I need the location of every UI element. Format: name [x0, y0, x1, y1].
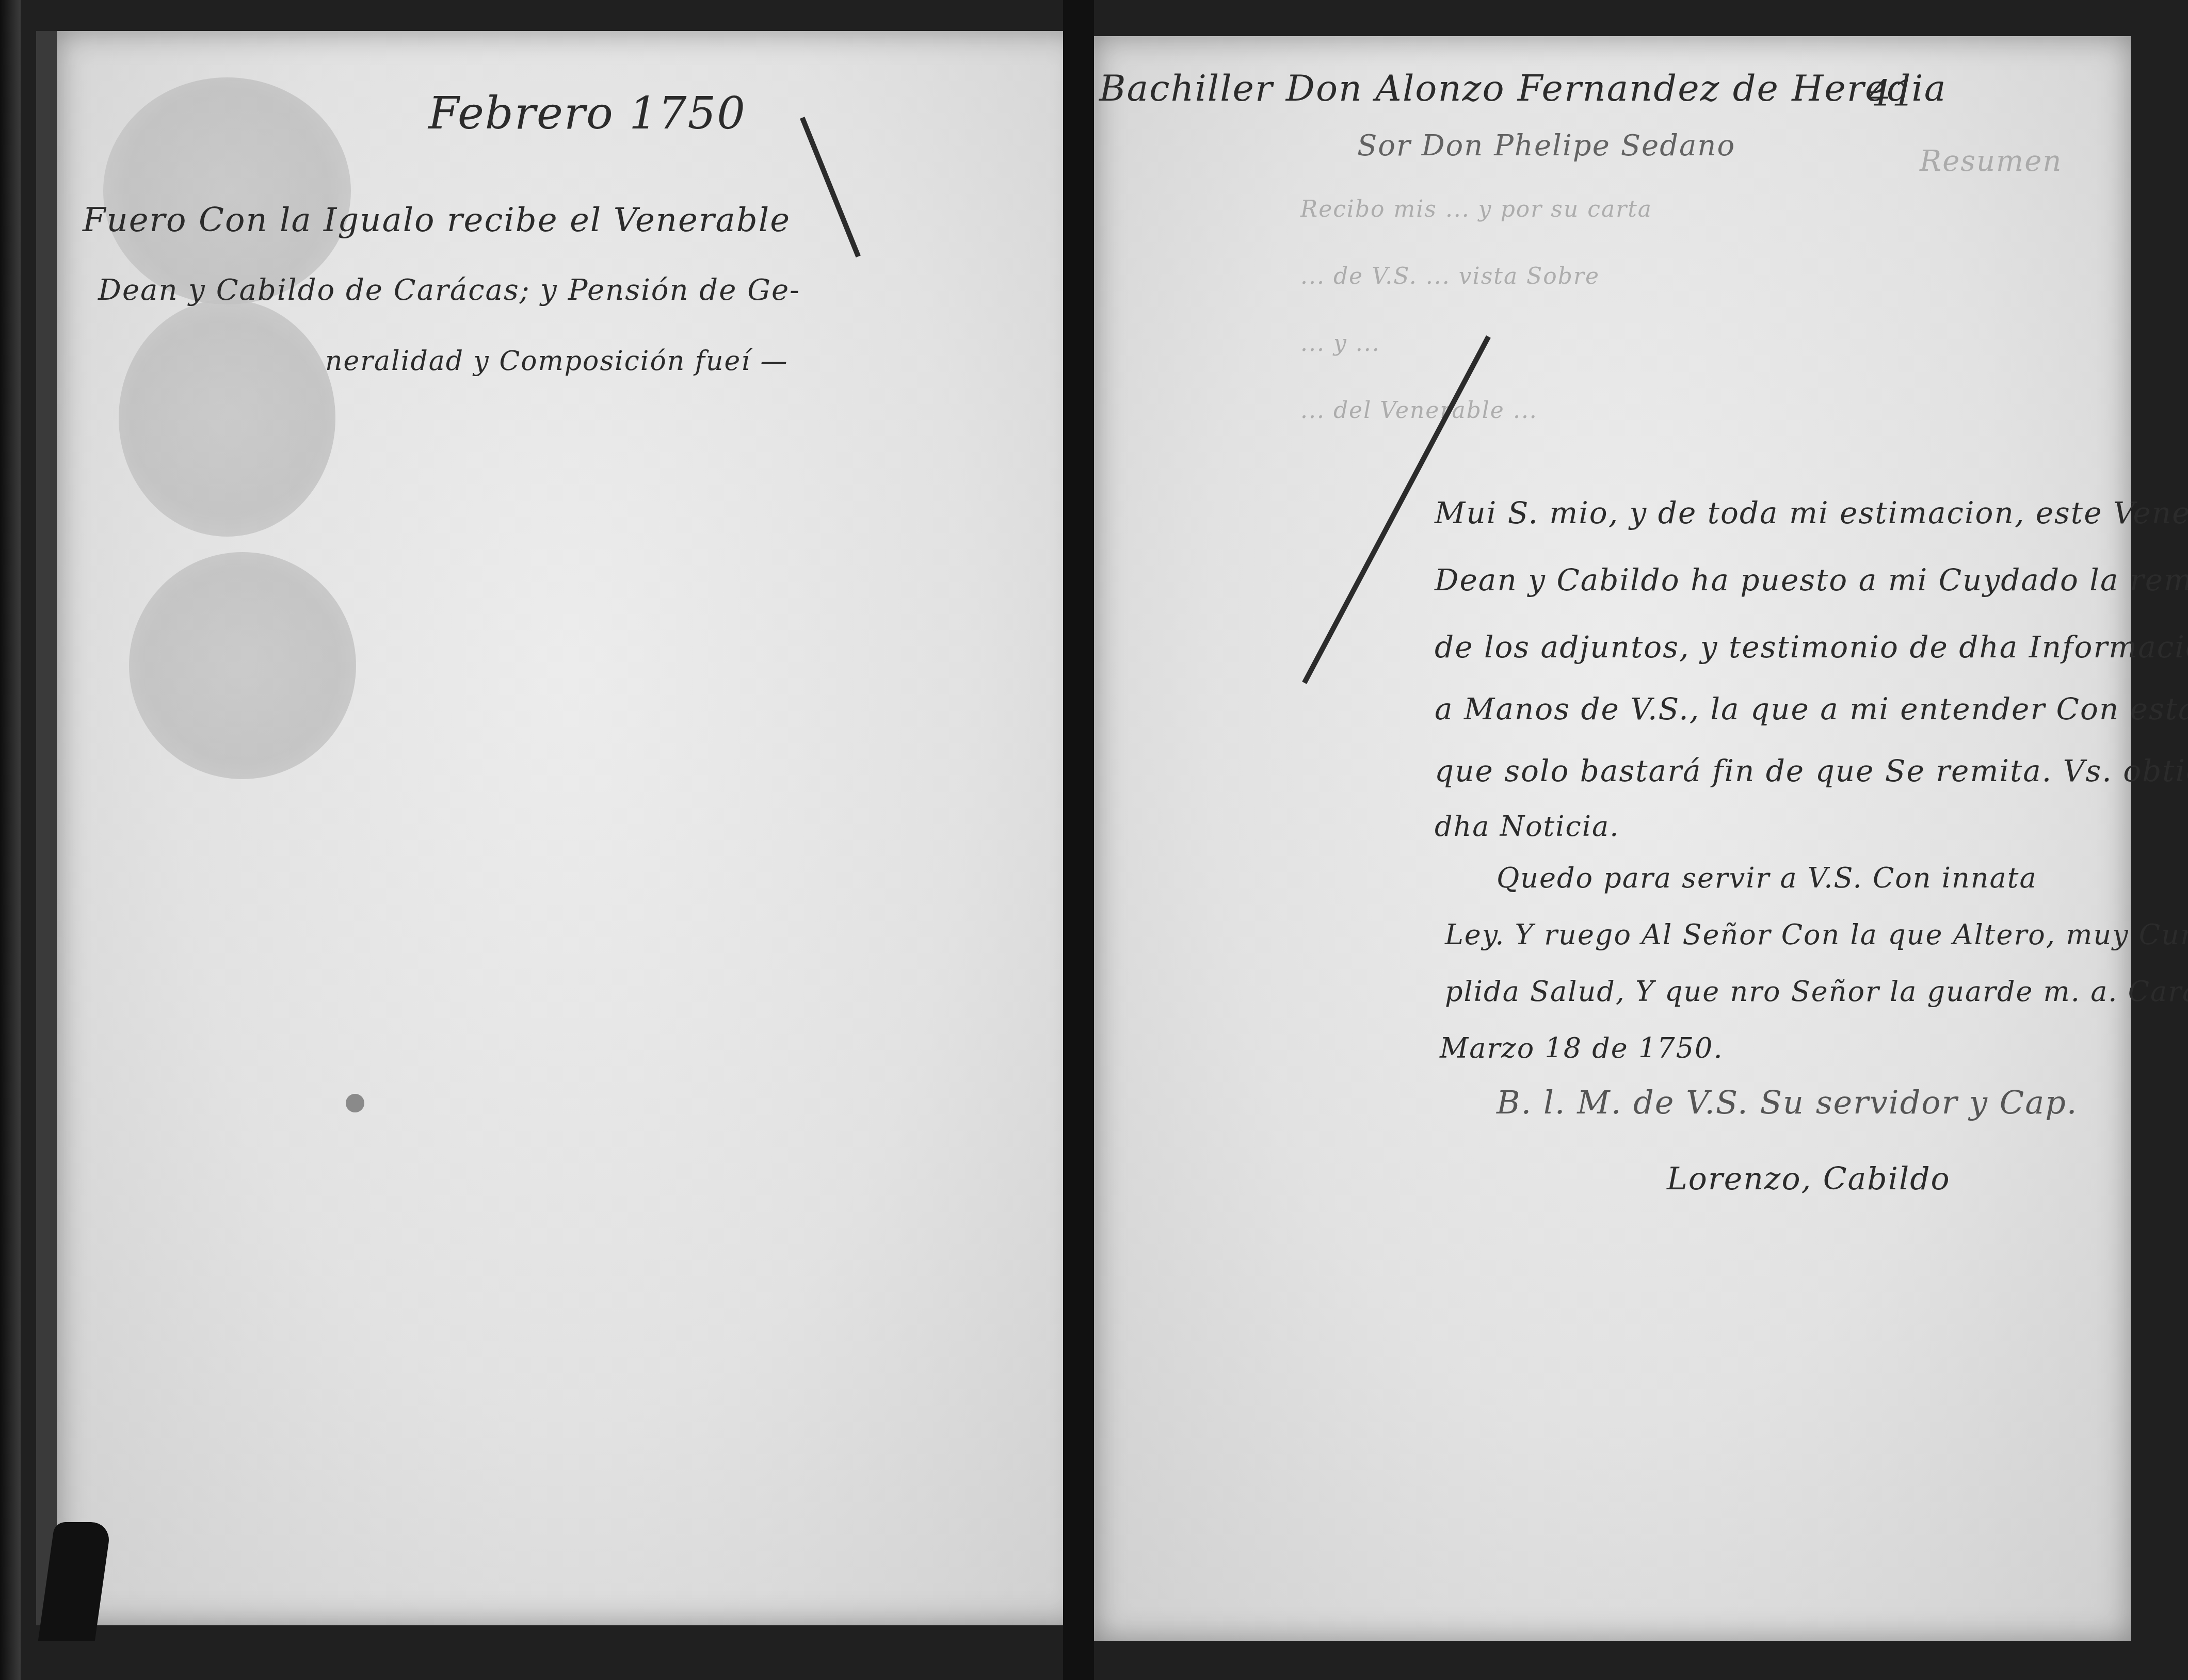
signature: Lorenzo, Cabildo — [1667, 1161, 1951, 1197]
ink-spot — [346, 1094, 364, 1112]
faint-line-2: Recibo mis ... y por su carta — [1300, 196, 1652, 222]
right-page: Bachiller Don Alonzo Fernandez de Heredi… — [1094, 36, 2131, 1641]
seal-stamp-2 — [119, 299, 335, 537]
closing-formula: B. l. M. de V.S. Su servidor y Cap. — [1497, 1084, 2078, 1121]
page-gutter — [1063, 0, 1094, 1680]
addressee-header: Bachiller Don Alonzo Fernandez de Heredi… — [1099, 67, 1946, 109]
summary-line-2: Dean y Cabildo de Carácas; y Pensión de … — [98, 273, 800, 307]
folio-number: 41 — [1868, 72, 1916, 115]
faint-line-5: ... del Venerable ... — [1300, 397, 1538, 424]
date-line: Marzo 18 de 1750. — [1440, 1032, 1724, 1064]
faint-line-4: ... y ... — [1300, 330, 1380, 357]
body-line-1: Mui S. mio, y de toda mi estimacion, est… — [1435, 495, 2188, 530]
summary-line-3: neralidad y Composición fueí — — [325, 346, 788, 377]
margin-note: Resumen — [1920, 144, 2062, 178]
pen-flourish — [800, 117, 861, 257]
book-edge — [0, 0, 21, 1680]
body-line-5: que solo bastará fin de que Se remita. V… — [1435, 753, 2188, 788]
faint-line-1: Sor Don Phelipe Sedano — [1357, 129, 1735, 163]
body-line-2: Dean y Cabildo ha puesto a mi Cuydado la… — [1435, 562, 2188, 597]
seal-stamp-1 — [103, 77, 351, 304]
left-page: Febrero 1750 Fuero Con la Igualo recibe … — [36, 31, 1084, 1625]
body-line-8: Ley. Y ruego Al Señor Con la que Altero,… — [1445, 918, 2188, 951]
body-line-3: de los adjuntos, y testimonio de dha Inf… — [1435, 629, 2188, 665]
page-date-header: Febrero 1750 — [428, 88, 746, 139]
body-line-4: a Manos de V.S., la que a mi entender Co… — [1435, 691, 2188, 726]
body-line-6: dha Noticia. — [1435, 810, 1619, 843]
body-line-7: Quedo para servir a V.S. Con innata — [1497, 862, 2037, 894]
body-line-9: plida Salud, Y que nro Señor la guarde m… — [1445, 975, 2188, 1008]
faint-line-3: ... de V.S. ... vista Sobre — [1300, 263, 1600, 289]
summary-line-1: Fuero Con la Igualo recibe el Venerable — [83, 201, 791, 239]
seal-stamp-3 — [129, 552, 356, 779]
